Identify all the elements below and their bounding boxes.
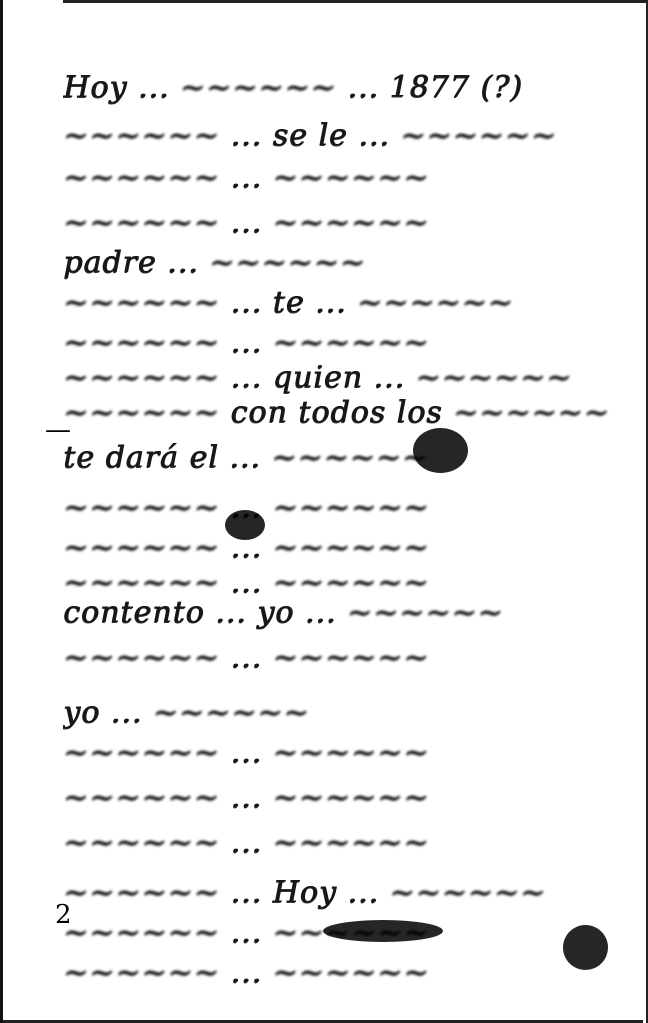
handwritten-line: Hoy ... ~~~~~~ ... 1877 (?) xyxy=(63,70,633,108)
handwritten-line: ~~~~~~ ... ~~~~~~ xyxy=(63,735,633,773)
margin-mark: 2 xyxy=(55,900,72,930)
handwritten-line: ~~~~~~ ... ~~~~~~ xyxy=(63,160,633,198)
handwritten-line: ~~~~~~ ... se le ... ~~~~~~ xyxy=(63,118,633,156)
handwritten-line: ~~~~~~ ... ~~~~~~ xyxy=(63,530,633,568)
handwritten-line: padre ... ~~~~~~ xyxy=(63,245,633,283)
handwritten-line: ~~~~~~ ... ~~~~~~ xyxy=(63,325,633,363)
ink-blot xyxy=(323,920,443,942)
ink-blot xyxy=(563,925,608,970)
ink-blot xyxy=(225,510,265,540)
handwritten-line: ~~~~~~ ... ~~~~~~ xyxy=(63,205,633,243)
scan-border-top xyxy=(63,0,648,3)
handwritten-line: ~~~~~~ ... ~~~~~~ xyxy=(63,780,633,818)
handwritten-line: ~~~~~~ ... ~~~~~~ xyxy=(63,490,633,528)
handwritten-line: contento ... yo ... ~~~~~~ xyxy=(63,595,633,633)
handwritten-line: ~~~~~~ ... ~~~~~~ xyxy=(63,640,633,678)
handwritten-line: ~~~~~~ ... te ... ~~~~~~ xyxy=(63,285,633,323)
letter-page: Hoy ... ~~~~~~ ... 1877 (?)~~~~~~ ... se… xyxy=(0,0,648,1023)
handwritten-line: yo ... ~~~~~~ xyxy=(63,695,633,733)
ink-blot xyxy=(413,428,468,473)
margin-mark: — xyxy=(45,415,71,445)
handwritten-line: ~~~~~~ ... quien ... ~~~~~~ xyxy=(63,360,633,398)
handwritten-line: ~~~~~~ con todos los ~~~~~~ xyxy=(63,395,633,433)
handwritten-line: ~~~~~~ ... ~~~~~~ xyxy=(63,825,633,863)
handwritten-line: ~~~~~~ ... ~~~~~~ xyxy=(63,955,633,993)
handwritten-line: te dará el ... ~~~~~~ xyxy=(63,440,633,478)
handwritten-line: ~~~~~~ ... Hoy ... ~~~~~~ xyxy=(63,875,633,913)
